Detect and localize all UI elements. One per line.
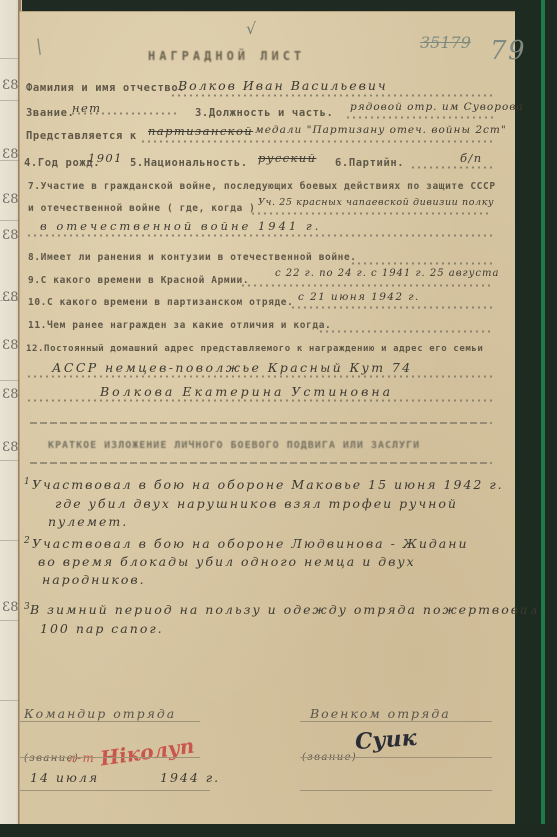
- narrative-line: где убил двух нарушников взял трофеи руч…: [55, 496, 458, 511]
- field-label-partisan: 10.С какого времени в партизанском отряд…: [28, 297, 293, 308]
- narrative-line: народников.: [42, 572, 146, 587]
- narrative-marker: 1: [24, 477, 31, 487]
- margin-number: 83: [2, 228, 19, 243]
- margin-number: 83: [2, 387, 19, 402]
- field-value-family: Волкова Екатерина Устиновна: [100, 384, 393, 399]
- field-label-red-army: 9.С какого времени в Красной Армии.: [28, 275, 249, 286]
- margin-number: 83: [2, 147, 19, 162]
- archive-stamp-number: 35179: [420, 33, 471, 52]
- margin-number: 83: [2, 290, 19, 305]
- field-label-party: 6.Партийн.: [335, 157, 404, 169]
- field-label-wounds: 8.Имеет ли ранения и контузии в отечеств…: [28, 252, 357, 263]
- field-value-partisan: с 21 июня 1942 г.: [298, 291, 420, 303]
- margin-number: 83: [2, 192, 19, 207]
- margin-number: 83: [2, 600, 19, 615]
- narrative-line: пулемет.: [48, 514, 128, 529]
- margin-number: 83: [2, 78, 19, 93]
- narrative-line: Участвовал в бою на обороне Людвинова - …: [32, 536, 469, 551]
- narrative-line: В зимний период на пользу и одежду отряд…: [30, 602, 539, 617]
- check-mark-icon: √: [246, 19, 256, 38]
- field-value-address: АССР немцев-поволжье Красный Кут 74: [52, 360, 413, 375]
- field-value-red-army: с 22 г. по 24 г. с 1941 г. 25 августа: [275, 268, 499, 279]
- narrative-line: Участвовал в бою на обороне Маковье 15 и…: [32, 477, 504, 492]
- field-label-address: 12.Постоянный домашний адрес представляе…: [26, 344, 483, 354]
- field-value-name: Волков Иван Васильевич: [178, 78, 388, 93]
- field-label-awards: 11.Чем ранее награжден за какие отличия …: [28, 320, 331, 331]
- field-label-civil-war: 7.Участие в гражданской войне, последующ…: [28, 181, 496, 192]
- field-value-position: рядовой отр. им Суворова: [350, 101, 524, 113]
- field-value-civil-war-line3: в отечественной войне 1941 г.: [40, 219, 321, 233]
- field-value-award: медали "Партизану отеч. войны 2ст": [255, 124, 507, 136]
- field-value-nationality: русский: [258, 151, 316, 165]
- margin-number: 83: [2, 338, 19, 353]
- commissar-signature: Суик: [354, 725, 417, 755]
- margin-number: 83: [2, 440, 19, 455]
- field-value-birth-year: 1901: [88, 151, 123, 165]
- commander-label: Командир отряда: [24, 706, 176, 721]
- field-value-civil-war: Уч. 25 красных чапаевской дивизии полку: [258, 197, 494, 208]
- narrative-line: 100 пар сапог.: [40, 621, 164, 636]
- field-value-party: б/п: [460, 151, 483, 165]
- field-label-rank: Звание.: [26, 107, 74, 119]
- field-label-nominated: Представляется к: [26, 130, 137, 142]
- page-title: НАГРАДНОЙ ЛИСТ: [148, 49, 305, 63]
- date-day-month: 14 июля: [30, 770, 99, 785]
- commander-rank: л-т: [68, 751, 95, 765]
- narrative-line: во время блокады убил одного немца и дву…: [38, 554, 416, 569]
- narrative-marker: 2: [24, 536, 31, 546]
- commissar-label: Военком отряда: [310, 706, 451, 721]
- date-year: 1944 г.: [160, 770, 220, 785]
- field-value-struck: партизанской: [148, 124, 253, 138]
- scanner-frame: [515, 0, 557, 837]
- archive-sheet-number: 79: [490, 36, 526, 66]
- scanner-frame-bottom: [0, 824, 557, 837]
- section-title: КРАТКОЕ ИЗЛОЖЕНИЕ ЛИЧНОГО БОЕВОГО ПОДВИГ…: [48, 440, 420, 451]
- field-label-name: Фамилия и имя отчество.: [26, 82, 185, 94]
- field-label-civil-war-line2: и отечественной войне ( где, когда ): [28, 203, 256, 214]
- field-label-nationality: 5.Национальность.: [130, 157, 248, 169]
- field-label-position: 3.Должность и часть.: [195, 107, 333, 119]
